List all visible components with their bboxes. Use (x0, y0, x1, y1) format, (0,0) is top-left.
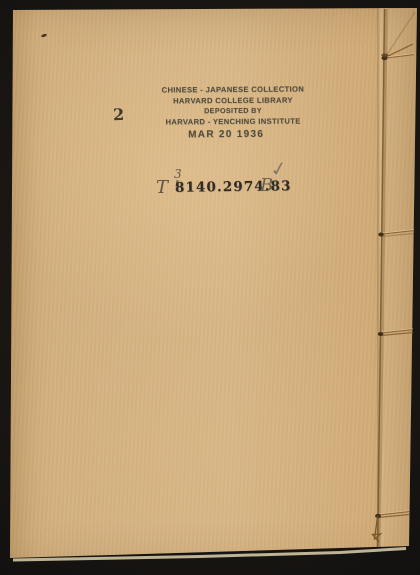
book-cover: CHINESE - JAPANESE COLLECTION HARVARD CO… (0, 0, 420, 575)
spine-fold-strip (377, 0, 418, 575)
call-number: T 3 8140.2974.83 B ✓ (156, 160, 326, 206)
stamp-line-institute: HARVARD - YENCHING INSTITUTE (155, 116, 311, 128)
stamp-date: MAR 20 1936 (155, 129, 311, 141)
library-deposit-stamp: CHINESE - JAPANESE COLLECTION HARVARD CO… (155, 84, 311, 140)
stamp-line-collection: CHINESE - JAPANESE COLLECTION (155, 84, 311, 96)
checkmark-annotation: ✓ (268, 157, 290, 182)
photo-backdrop: CHINESE - JAPANESE COLLECTION HARVARD CO… (0, 0, 420, 575)
stamp-line-library: HARVARD COLLEGE LIBRARY (155, 95, 311, 107)
handwritten-numeral: 2 (113, 105, 125, 124)
call-number-handwritten-prefix: T (156, 177, 168, 198)
